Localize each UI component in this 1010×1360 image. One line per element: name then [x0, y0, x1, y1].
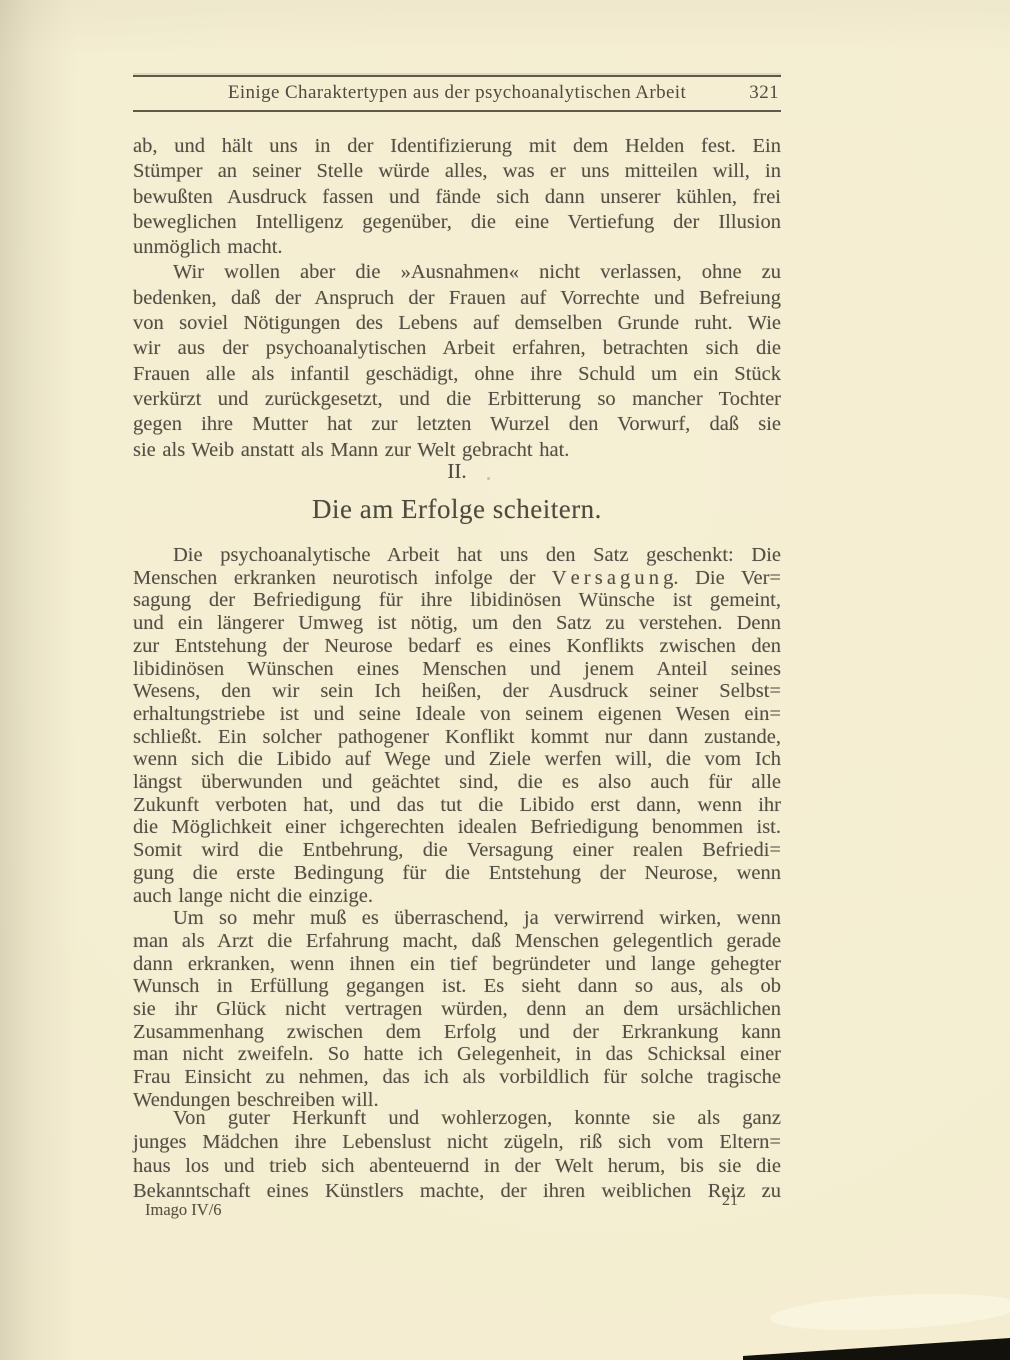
- text-line: die Möglichkeit einer ichgerechten ideal…: [133, 816, 781, 839]
- text-line: Bekanntschaft eines Künstlers machte, de…: [133, 1179, 781, 1203]
- page-header: Einige Charaktertypen aus der psychoanal…: [133, 82, 781, 108]
- page-number: 321: [749, 82, 779, 104]
- header-rule-top: [133, 75, 781, 77]
- text-line: schließt. Ein solcher pathogener Konflik…: [133, 726, 781, 749]
- text-line: unmöglich macht.: [133, 235, 781, 260]
- text-line: verkürzt und zurückgesetzt, und die Erbi…: [133, 387, 781, 412]
- running-title: Einige Charaktertypen aus der psychoanal…: [133, 82, 781, 104]
- text-line: dann erkranken, wenn ihnen ein tief begr…: [133, 953, 781, 976]
- paragraph: Wir wollen aber die »Ausnahmen« nicht ve…: [133, 260, 781, 462]
- scanned-book-page: Einige Charaktertypen aus der psychoanal…: [0, 0, 1010, 1360]
- text-line: längst überwunden und geächtet sind, die…: [133, 771, 781, 794]
- text-line: und ein längerer Umweg ist nötig, um den…: [133, 612, 781, 635]
- text-line: man als Arzt die Erfahrung macht, daß Me…: [133, 930, 781, 953]
- text-line: wenn sich die Libido auf Wege und Ziele …: [133, 748, 781, 771]
- text-line: sagung der Befriedigung für ihre libidin…: [133, 589, 781, 612]
- text-line: libidinösen Wünschen eines Menschen und …: [133, 658, 781, 681]
- text-line: erhaltungstriebe ist und seine Ideale vo…: [133, 703, 781, 726]
- text-line: gung die erste Bedingung für die Entsteh…: [133, 862, 781, 885]
- text-line: junges Mädchen ihre Lebenslust nicht züg…: [133, 1130, 781, 1154]
- text-line: Frauen alle als infantil geschädigt, ohn…: [133, 362, 781, 387]
- page-edge-light-streak: [769, 1288, 1010, 1335]
- paragraph: Um so mehr muß es überraschend, ja verwi…: [133, 907, 781, 1111]
- text-line: Zusammenhang zwischen dem Erfolg und der…: [133, 1021, 781, 1044]
- text-line: Somit wird die Entbehrung, die Versagung…: [133, 839, 781, 862]
- text-line: man nicht zweifeln. So hatte ich Gelegen…: [133, 1043, 781, 1066]
- text-line: Von guter Herkunft und wohlerzogen, konn…: [133, 1106, 781, 1130]
- text-line: haus los und trieb sich abenteuernd in d…: [133, 1154, 781, 1178]
- text-line: ab, und hält uns in der Identifizierung …: [133, 134, 781, 159]
- text-line: Zukunft verboten hat, und das tut die Li…: [133, 794, 781, 817]
- text-line: sie ihr Glück nicht vertragen würden, de…: [133, 998, 781, 1021]
- text-line: Die psychoanalytische Arbeit hat uns den…: [133, 544, 781, 567]
- paragraph-block-bottom: Von guter Herkunft und wohlerzogen, konn…: [133, 1106, 781, 1203]
- sheet-signature-number: 21: [722, 1192, 738, 1210]
- header-rule-bottom: [133, 110, 781, 112]
- text-line: gegen ihre Mutter hat zur letzten Wurzel…: [133, 412, 781, 437]
- paragraph-block-top: ab, und hält uns in der Identifizierung …: [133, 134, 781, 463]
- journal-signature-label: Imago IV/6: [145, 1200, 222, 1220]
- paragraph: ab, und hält uns in der Identifizierung …: [133, 134, 781, 260]
- text-line: bedenken, daß der Anspruch der Frauen au…: [133, 286, 781, 311]
- text-line: Wir wollen aber die »Ausnahmen« nicht ve…: [133, 260, 781, 285]
- paragraph: Von guter Herkunft und wohlerzogen, konn…: [133, 1106, 781, 1203]
- text-line: von soviel Nötigungen des Lebens auf dem…: [133, 311, 781, 336]
- paragraph: Die psychoanalytische Arbeit hat uns den…: [133, 544, 781, 907]
- text-line: bewußten Ausdruck fassen und fände sich …: [133, 185, 781, 210]
- text-line: wir aus der psychoanalytischen Arbeit er…: [133, 336, 781, 361]
- text-line: zur Entstehung der Neurose bedarf es ein…: [133, 635, 781, 658]
- text-line: Um so mehr muß es überraschend, ja verwi…: [133, 907, 781, 930]
- text-line: Wesens, den wir sein Ich heißen, der Aus…: [133, 680, 781, 703]
- text-line: Wunsch in Erfüllung gegangen ist. Es sie…: [133, 975, 781, 998]
- text-line: Stümper an seiner Stelle würde alles, wa…: [133, 159, 781, 184]
- text-line: Frau Einsicht zu nehmen, das ich als vor…: [133, 1066, 781, 1089]
- text-line: beweglichen Intelligenz gegenüber, die e…: [133, 210, 781, 235]
- text-line: auch lange nicht die einzige.: [133, 885, 781, 908]
- paragraph-block-middle: Die psychoanalytische Arbeit hat uns den…: [133, 544, 781, 1112]
- section-title: Die am Erfolge scheitern.: [133, 494, 781, 525]
- section-numeral: II.: [133, 459, 781, 484]
- text-line: Menschen erkranken neurotisch infolge de…: [133, 567, 781, 590]
